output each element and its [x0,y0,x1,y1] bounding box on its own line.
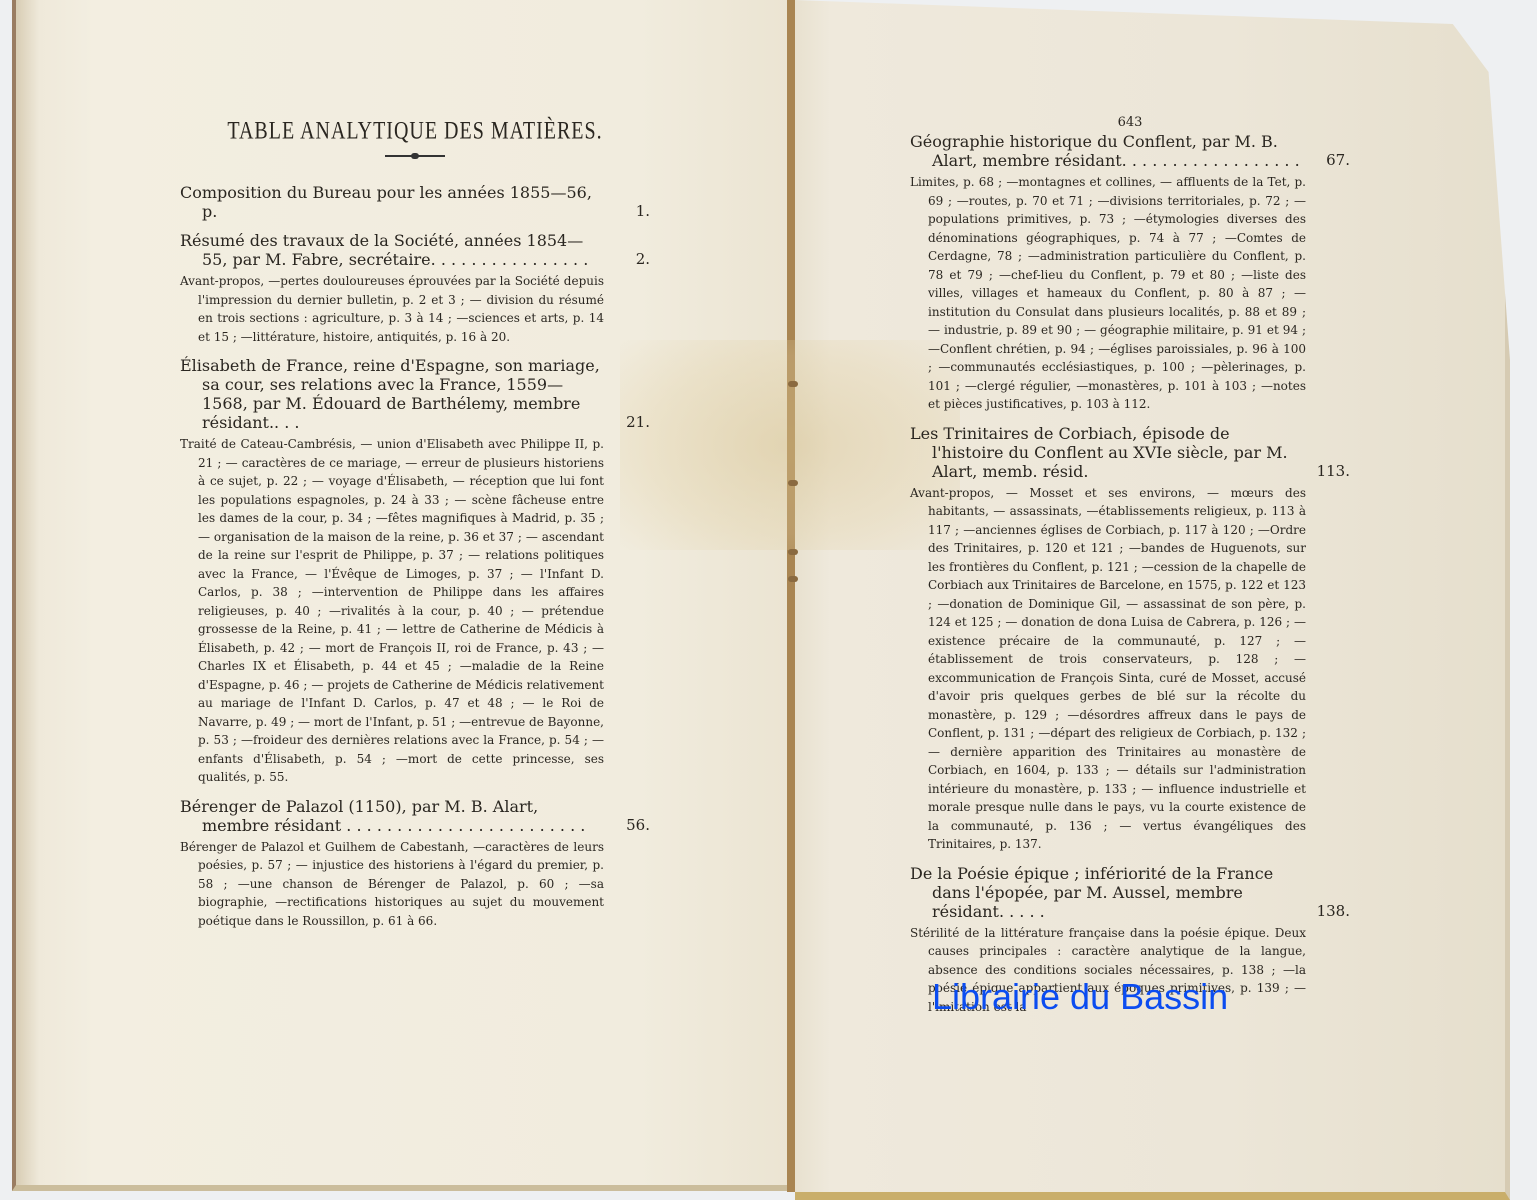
entry-heading-text: Géographie historique du Conflent, par M… [910,132,1300,170]
entry-heading-text: Les Trinitaires de Corbiach, épisode de … [910,424,1288,481]
entry-heading: Géographie historique du Conflent, par M… [910,132,1350,170]
entry-heading: Bérenger de Palazol (1150), par M. B. Al… [180,797,650,835]
entry-heading: Résumé des travaux de la Société, années… [180,231,650,269]
page-title: TABLE ANALYTIQUE DES MATIÈRES. [180,117,650,146]
right-page-content: 643 Géographie historique du Conflent, p… [910,115,1350,1026]
entry-summary: Limites, p. 68 ; —montagnes et collines,… [910,173,1350,414]
water-stain [620,340,960,550]
entry-heading-text: Composition du Bureau pour les années 18… [180,183,592,221]
binding-stitch [788,549,798,555]
watermark-text: Librairie du Bassin [932,976,1228,1018]
open-book: TABLE ANALYTIQUE DES MATIÈRES. Compositi… [0,0,1537,1200]
entry-summary: Traité de Cateau-Cambrésis, — union d'El… [180,435,650,787]
toc-entry: Élisabeth de France, reine d'Espagne, so… [180,356,650,787]
toc-entry: Bérenger de Palazol (1150), par M. B. Al… [180,797,650,931]
toc-entry: Composition du Bureau pour les années 18… [180,183,650,221]
entry-page-number: 21. [626,413,650,432]
entry-heading: Les Trinitaires de Corbiach, épisode de … [910,424,1350,481]
entry-heading-text: Élisabeth de France, reine d'Espagne, so… [180,356,600,432]
entry-heading-text: Bérenger de Palazol (1150), par M. B. Al… [180,797,585,835]
entry-heading: Élisabeth de France, reine d'Espagne, so… [180,356,650,432]
entry-heading-text: Résumé des travaux de la Société, années… [180,231,588,269]
entry-summary: Avant-propos, —pertes douloureuses éprou… [180,272,650,346]
entry-page-number: 2. [636,250,650,269]
entry-page-number: 138. [1317,902,1350,921]
entry-page-number: 1. [636,202,650,221]
entry-page-number: 113. [1317,462,1350,481]
toc-entry: Résumé des travaux de la Société, années… [180,231,650,346]
entry-summary: Avant-propos, — Mosset et ses environs, … [910,484,1350,854]
left-page-content: TABLE ANALYTIQUE DES MATIÈRES. Compositi… [180,120,650,940]
entry-heading-text: De la Poésie épique ; infériorité de la … [910,864,1273,921]
entry-heading: De la Poésie épique ; infériorité de la … [910,864,1350,921]
entry-heading: Composition du Bureau pour les années 18… [180,183,650,221]
toc-entry: Géographie historique du Conflent, par M… [910,132,1350,414]
title-ornament-icon [385,155,445,157]
binding-stitch [788,576,798,582]
entry-page-number: 67. [1326,151,1350,170]
toc-entry: Les Trinitaires de Corbiach, épisode de … [910,424,1350,854]
page-number: 643 [910,115,1350,130]
entry-page-number: 56. [626,816,650,835]
book-spine [787,0,795,1192]
binding-stitch [788,381,798,387]
entry-summary: Bérenger de Palazol et Guilhem de Cabest… [180,838,650,931]
binding-stitch [788,480,798,486]
